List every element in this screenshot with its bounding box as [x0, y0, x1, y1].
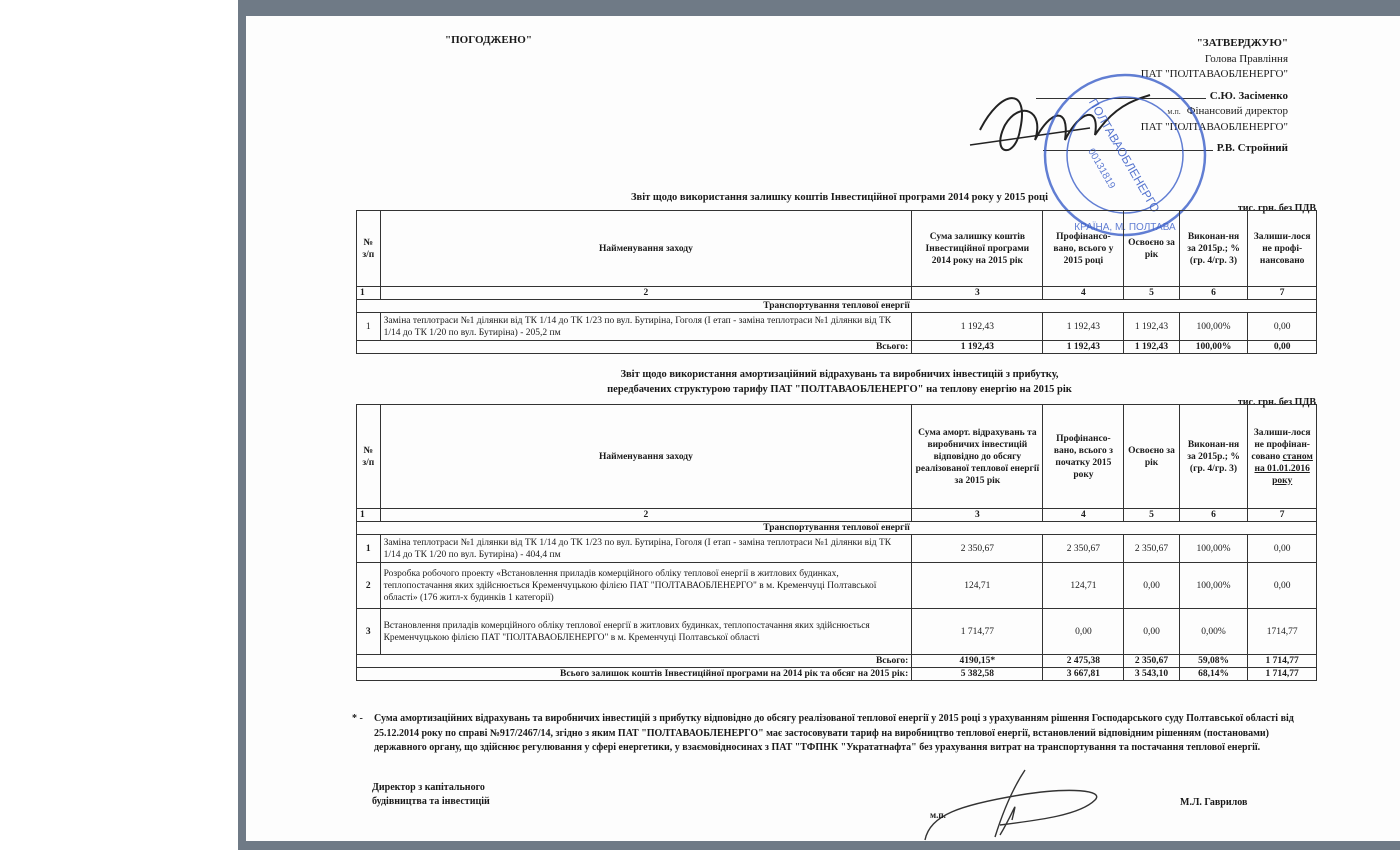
director-position: Директор з капітального будівництва та і… [372, 781, 490, 809]
handwritten-signature-bottom [920, 765, 1110, 845]
cell-remaining: 0,00 [1248, 313, 1317, 341]
measure-name: Встановлення приладів комерційного облік… [380, 609, 912, 655]
total-sum: 4190,15* [912, 655, 1043, 668]
col-number: 3 [912, 287, 1043, 300]
cell-sum: 2 350,67 [912, 535, 1043, 563]
grand-total-sum: 5 382,58 [912, 668, 1043, 681]
section-row: Транспортування теплової енергії [357, 522, 1317, 535]
total-row: Всього: 1 192,43 1 192,43 1 192,43 100,0… [357, 341, 1317, 354]
grand-total-row: Всього залишок коштів Інвестиційної прог… [357, 668, 1317, 681]
measure-name: Заміна теплотраси №1 ділянки від ТК 1/14… [380, 535, 912, 563]
total-financed: 2 475,38 [1043, 655, 1124, 668]
grand-total-remaining: 1 714,77 [1248, 668, 1317, 681]
col-number: 7 [1248, 509, 1317, 522]
column-number-row: 1 2 3 4 5 6 7 [357, 287, 1317, 300]
cell-percent: 100,00% [1179, 313, 1248, 341]
row-number: 3 [357, 609, 381, 655]
report2-title: Звіт щодо використання амортизаційний ві… [360, 367, 1319, 397]
col-header: Виконан-ня за 2015р.; % (гр. 4/гр. 3) [1179, 211, 1248, 287]
signer-name: М.Л. Гаврилов [1180, 797, 1247, 808]
cell-sum: 124,71 [912, 563, 1043, 609]
footnote: * - Сума амортизаційних відрахувань та в… [352, 712, 1322, 756]
col-header: № з/п [357, 211, 381, 287]
director-position-line1: Директор з капітального [372, 781, 490, 795]
section-title: Транспортування теплової енергії [357, 300, 1317, 313]
grand-total-label: Всього залишок коштів Інвестиційної прог… [357, 668, 912, 681]
col-number: 1 [357, 287, 381, 300]
total-remaining: 0,00 [1248, 341, 1317, 354]
report2-table: № з/п Найменування заходу Сума аморт. ві… [356, 404, 1317, 681]
cell-sum: 1 714,77 [912, 609, 1043, 655]
grand-total-mastered: 3 543,10 [1124, 668, 1179, 681]
col-header: Профінансо-вано, всього з початку 2015 р… [1043, 405, 1124, 509]
stamp-mark: м.п. [930, 810, 946, 820]
report2-title-line1: Звіт щодо використання амортизаційний ві… [360, 367, 1319, 382]
cell-financed: 124,71 [1043, 563, 1124, 609]
col-header: Залиши-лося не профінан-совано станом на… [1248, 405, 1317, 509]
total-remaining: 1 714,77 [1248, 655, 1317, 668]
cell-percent: 100,00% [1179, 535, 1248, 563]
col-number: 2 [380, 287, 912, 300]
approve-heading: "ЗАТВЕРДЖУЮ" [908, 36, 1288, 52]
col-number: 5 [1124, 509, 1179, 522]
section-title: Транспортування теплової енергії [357, 522, 1317, 535]
finance-director-name: Р.В. Стройний [1217, 142, 1288, 154]
total-row: Всього: 4190,15* 2 475,38 2 350,67 59,08… [357, 655, 1317, 668]
col-number: 3 [912, 509, 1043, 522]
col-number: 6 [1179, 287, 1248, 300]
total-percent: 59,08% [1179, 655, 1248, 668]
col-header: Залиши-лося не профі-нансовано [1248, 211, 1317, 287]
footnote-text: Сума амортизаційних відрахувань та вироб… [374, 712, 1322, 756]
approver-position: Голова Правління [908, 52, 1288, 68]
cell-mastered: 2 350,67 [1124, 535, 1179, 563]
table-header-row: № з/п Найменування заходу Сума залишку к… [357, 211, 1317, 287]
measure-name: Розробка робочого проекту «Встановлення … [380, 563, 912, 609]
col-number: 4 [1043, 287, 1124, 300]
report1-title: Звіт щодо використання залишку коштів Ін… [360, 192, 1319, 203]
cell-mastered: 0,00 [1124, 563, 1179, 609]
total-percent: 100,00% [1179, 341, 1248, 354]
cell-financed: 0,00 [1043, 609, 1124, 655]
col-number: 7 [1248, 287, 1317, 300]
col-number: 5 [1124, 287, 1179, 300]
col-number: 1 [357, 509, 381, 522]
total-label: Всього: [357, 341, 912, 354]
col-header: № з/п [357, 405, 381, 509]
col-header: Найменування заходу [380, 211, 912, 287]
table-row: 1 Заміна теплотраси №1 ділянки від ТК 1/… [357, 313, 1317, 341]
report2-title-line2: передбачених структурою тарифу ПАТ "ПОЛТ… [360, 382, 1319, 397]
cell-mastered: 1 192,43 [1124, 313, 1179, 341]
col-header: Профінансо-вано, всього у 2015 році [1043, 211, 1124, 287]
col-header: Сума аморт. відрахувань та виробничих ін… [912, 405, 1043, 509]
grand-total-percent: 68,14% [1179, 668, 1248, 681]
measure-name: Заміна теплотраси №1 ділянки від ТК 1/14… [380, 313, 912, 341]
cell-financed: 2 350,67 [1043, 535, 1124, 563]
col-header: Освоєно за рік [1124, 211, 1179, 287]
table-row: 2 Розробка робочого проекту «Встановленн… [357, 563, 1317, 609]
agreed-heading: "ПОГОДЖЕНО" [445, 34, 532, 46]
col-number: 6 [1179, 509, 1248, 522]
total-label: Всього: [357, 655, 912, 668]
total-financed: 1 192,43 [1043, 341, 1124, 354]
section-row: Транспортування теплової енергії [357, 300, 1317, 313]
cell-remaining: 0,00 [1248, 563, 1317, 609]
table-header-row: № з/п Найменування заходу Сума аморт. ві… [357, 405, 1317, 509]
report1-table: № з/п Найменування заходу Сума залишку к… [356, 210, 1317, 354]
col-number: 2 [380, 509, 912, 522]
approver-name: С.Ю. Засіменко [1210, 90, 1288, 102]
cell-percent: 0,00% [1179, 609, 1248, 655]
total-mastered: 2 350,67 [1124, 655, 1179, 668]
col-number: 4 [1043, 509, 1124, 522]
table-row: 1 Заміна теплотраси №1 ділянки від ТК 1/… [357, 535, 1317, 563]
row-number: 1 [357, 313, 381, 341]
col-header: Виконан-ня за 2015р.; % (гр. 4/гр. 3) [1179, 405, 1248, 509]
cell-percent: 100,00% [1179, 563, 1248, 609]
column-number-row: 1 2 3 4 5 6 7 [357, 509, 1317, 522]
cell-financed: 1 192,43 [1043, 313, 1124, 341]
cell-remaining: 0,00 [1248, 535, 1317, 563]
row-number: 2 [357, 563, 381, 609]
cell-remaining: 1714,77 [1248, 609, 1317, 655]
total-sum: 1 192,43 [912, 341, 1043, 354]
table-row: 3 Встановлення приладів комерційного обл… [357, 609, 1317, 655]
footnote-marker: * - [352, 712, 363, 727]
cell-sum: 1 192,43 [912, 313, 1043, 341]
svg-text:00131819: 00131819 [1085, 147, 1117, 191]
col-header: Освоєно за рік [1124, 405, 1179, 509]
total-mastered: 1 192,43 [1124, 341, 1179, 354]
col-header: Найменування заходу [380, 405, 912, 509]
cell-mastered: 0,00 [1124, 609, 1179, 655]
grand-total-financed: 3 667,81 [1043, 668, 1124, 681]
director-position-line2: будівництва та інвестицій [372, 795, 490, 809]
col-header: Сума залишку коштів Інвестиційної програ… [912, 211, 1043, 287]
row-number: 1 [357, 535, 381, 563]
